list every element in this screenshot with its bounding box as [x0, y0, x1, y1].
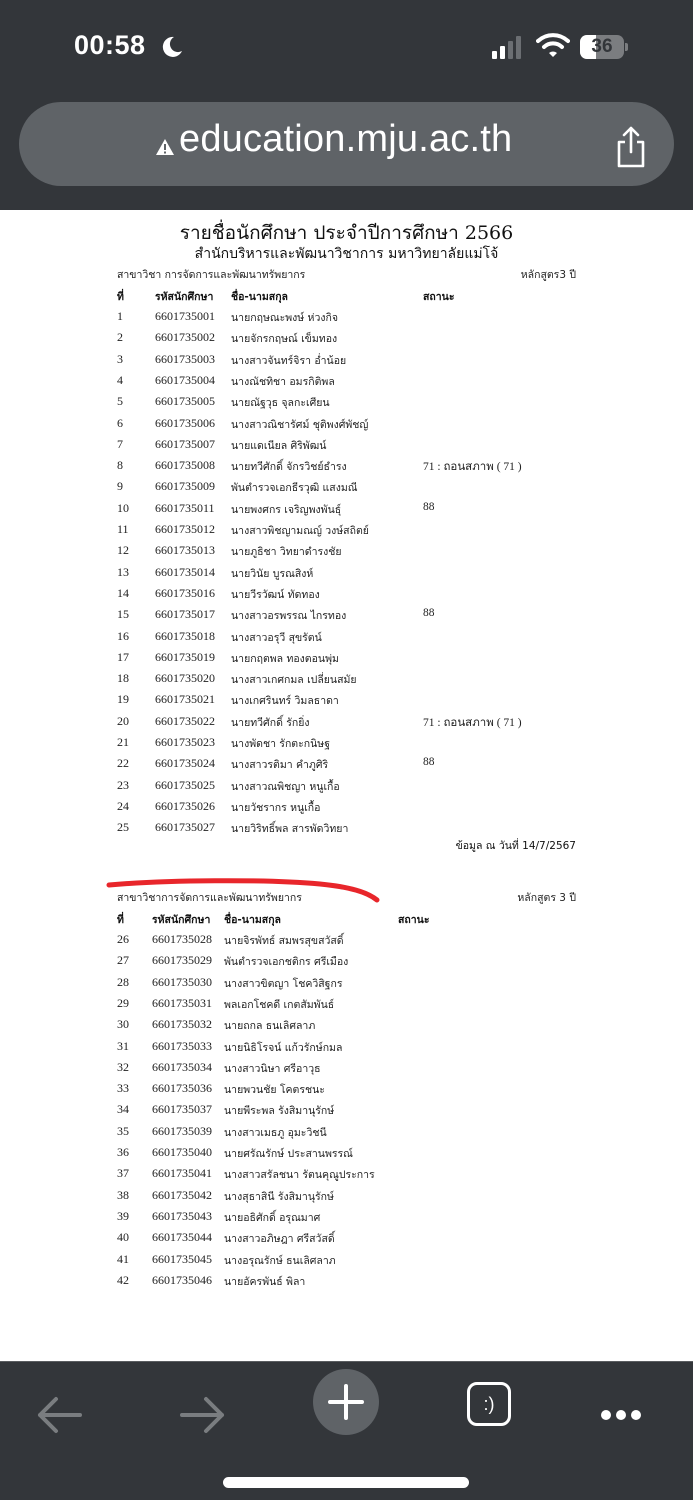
row-number: 26 [117, 932, 129, 947]
student-name: นายศรัณรักษ์ ประสานพรรณ์ [224, 1145, 353, 1162]
student-name: นายนิธิโรจน์ แก้วรักษ์กมล [224, 1039, 342, 1056]
student-id: 6601735021 [155, 692, 215, 707]
student-name: นางเกศรินทร์ วิมลธาดา [231, 692, 339, 709]
table-row: 146601735016นายวีรวัฒน์ ทัดทอง [0, 586, 693, 607]
student-name: นายพวนชัย โคตรชนะ [224, 1081, 325, 1098]
student-name: นายจิรพัทธ์ สมพรสุขสวัสดิ์ [224, 932, 344, 949]
ellipsis-icon[interactable] [588, 1382, 654, 1448]
row-number: 29 [117, 996, 129, 1011]
table-row: 86601735008นายทวีศักดิ์ จักรวิชย์ธำรง71 … [0, 458, 693, 479]
student-id: 6601735002 [155, 330, 215, 345]
row-number: 42 [117, 1273, 129, 1288]
row-number: 37 [117, 1166, 129, 1181]
row-number: 13 [117, 565, 129, 580]
table-row: 396601735043นายอธิศักดิ์ อรุณมาศ [0, 1209, 693, 1230]
student-name: นางอรุณรักษ์ ธนเลิศลาภ [224, 1252, 336, 1269]
table-row: 386601735042นางสุธาสินี รังสิมานุรักษ์ [0, 1188, 693, 1209]
data-as-of-date: ข้อมูล ณ วันที่ 14/7/2567 [456, 837, 576, 854]
student-id: 6601735036 [152, 1081, 212, 1096]
student-name: นางณัชทิชา อมรกิติพล [231, 373, 335, 390]
table-row: 246601735026นายวัชรากร หนูเกื้อ [0, 799, 693, 820]
row-number: 34 [117, 1102, 129, 1117]
student-name: นายทวีศักดิ์ รักยิ่ง [231, 714, 310, 731]
student-name: นายกฤษณะพงษ์ ห่วงกิจ [231, 309, 338, 326]
row-number: 15 [117, 607, 129, 622]
row-number: 36 [117, 1145, 129, 1160]
student-name: นายจักรกฤษณ์ เข็มทอง [231, 330, 337, 347]
row-number: 16 [117, 629, 129, 644]
student-name: นางพัดชา รักตะกนิษฐ [231, 735, 330, 752]
table-row: 406601735044นางสาวอภิษฎา ศรีสวัสดิ์ [0, 1230, 693, 1251]
table-row: 266601735028นายจิรพัทธ์ สมพรสุขสวัสดิ์ [0, 932, 693, 953]
row-number: 30 [117, 1017, 129, 1032]
battery-indicator: 36 [580, 35, 628, 59]
table-row: 16601735001นายกฤษณะพงษ์ ห่วงกิจ [0, 309, 693, 330]
student-id: 6601735037 [152, 1102, 212, 1117]
table-row: 236601735025นางสาวณพิชญา หนูเกื้อ [0, 778, 693, 799]
student-id: 6601735017 [155, 607, 215, 622]
program-label-2: สาขาวิชาการจัดการและพัฒนาทรัพยากร [117, 889, 302, 906]
url-text[interactable]: education.mju.ac.th [179, 118, 512, 161]
student-name: นายวีรวัฒน์ ทัดทอง [231, 586, 320, 603]
row-number: 38 [117, 1188, 129, 1203]
student-name: นางสาวเมธภู อุมะวิชนี [224, 1124, 327, 1141]
table-row: 196601735021นางเกศรินทร์ วิมลธาดา [0, 692, 693, 713]
student-id: 6601735006 [155, 416, 215, 431]
student-id: 6601735016 [155, 586, 215, 601]
student-id: 6601735018 [155, 629, 215, 644]
student-id: 6601735044 [152, 1230, 212, 1245]
row-number: 2 [117, 330, 123, 345]
table-row: 376601735041นางสาวสรัลชนา รัตนคุณูประการ [0, 1166, 693, 1187]
browser-bottom-toolbar: :) [0, 1361, 693, 1500]
row-number: 28 [117, 975, 129, 990]
wifi-icon [536, 32, 570, 58]
row-number: 7 [117, 437, 123, 452]
student-id: 6601735027 [155, 820, 215, 835]
student-id: 6601735033 [152, 1039, 212, 1054]
student-name: นายกฤตพล ทองตอนพุ่ม [231, 650, 339, 667]
table-row: 96601735009พันตำรวจเอกธีรวุฒิ แสงมณี [0, 479, 693, 500]
student-id: 6601735039 [152, 1124, 212, 1139]
row-number: 20 [117, 714, 129, 729]
document-subtitle: สำนักบริหารและพัฒนาวิชาการ มหาวิทยาลัยแม… [0, 243, 693, 265]
student-status: 71 : ถอนสภาพ ( 71 ) [423, 714, 522, 732]
student-name: นายภูธิชา วิทยาดำรงชัย [231, 543, 342, 560]
table-row: 46601735004นางณัชทิชา อมรกิติพล [0, 373, 693, 394]
student-id: 6601735024 [155, 756, 215, 771]
table-row: 56601735005นายณัฐวุธ จุลกะเศียน [0, 394, 693, 415]
student-name: นางสาวพิชญามณญ์ วงษ์สถิตย์ [231, 522, 369, 539]
warning-triangle-icon [155, 138, 175, 156]
student-name: นายพีระพล รังสิมานุรักษ์ [224, 1102, 334, 1119]
student-name: นางสุธาสินี รังสิมานุรักษ์ [224, 1188, 334, 1205]
table-row: 296601735031พลเอกโชคดี เกตสัมพันธ์ [0, 996, 693, 1017]
row-number: 21 [117, 735, 129, 750]
student-id: 6601735030 [152, 975, 212, 990]
cellular-signal-icon [491, 36, 523, 60]
student-name: นายทวีศักดิ์ จักรวิชย์ธำรง [231, 458, 347, 475]
row-number: 33 [117, 1081, 129, 1096]
row-number: 14 [117, 586, 129, 601]
student-id: 6601735008 [155, 458, 215, 473]
table-row: 326601735034นางสาวนิษา ศรีอาวุธ [0, 1060, 693, 1081]
address-bar[interactable]: education.mju.ac.th [19, 102, 674, 186]
row-number: 40 [117, 1230, 129, 1245]
student-id: 6601735005 [155, 394, 215, 409]
row-number: 35 [117, 1124, 129, 1139]
table-row: 106601735011นายพงศกร เจริญพงพันธุ์88 [0, 501, 693, 522]
student-name: นางสาวณิชารัศม์ ชุติพงศ์พัชญ์ [231, 416, 368, 433]
status-time: 00:58 [74, 30, 146, 61]
student-status: 88 [423, 756, 435, 768]
arrow-right-icon[interactable] [170, 1382, 236, 1448]
table-row: 336601735036นายพวนชัย โคตรชนะ [0, 1081, 693, 1102]
row-number: 3 [117, 352, 123, 367]
student-id: 6601735040 [152, 1145, 212, 1160]
column-header-status-2: สถานะ [398, 911, 429, 928]
student-name: นายณัฐวุธ จุลกะเศียน [231, 394, 330, 411]
student-id: 6601735003 [155, 352, 215, 367]
table-row: 76601735007นายแดเนียล ศิริพัฒน์ [0, 437, 693, 458]
table-row: 26601735002นายจักรกฤษณ์ เข็มทอง [0, 330, 693, 351]
student-status: 88 [423, 607, 435, 619]
student-name: นางสาวอภิษฎา ศรีสวัสดิ์ [224, 1230, 335, 1247]
student-name: นายพงศกร เจริญพงพันธุ์ [231, 501, 341, 518]
student-name: นายถกล ธนเลิศลาภ [224, 1017, 315, 1034]
student-id: 6601735029 [152, 953, 212, 968]
column-header-name: ชื่อ-นามสกุล [231, 288, 288, 305]
table-row: 306601735032นายถกล ธนเลิศลาภ [0, 1017, 693, 1038]
course-label: หลักสูตร3 ปี [521, 266, 576, 283]
student-status: 88 [423, 501, 435, 513]
student-name: พันตำรวจเอกชติกร ศรีเมือง [224, 953, 348, 970]
student-name: นายวินัย บูรณสิงห์ [231, 565, 313, 582]
student-id: 6601735001 [155, 309, 215, 324]
student-name: พันตำรวจเอกธีรวุฒิ แสงมณี [231, 479, 358, 496]
student-id: 6601735020 [155, 671, 215, 686]
column-header-name-2: ชื่อ-นามสกุล [224, 911, 281, 928]
student-id: 6601735042 [152, 1188, 212, 1203]
table-row: 36601735003นางสาวจันทร์จิรา อ่ำน้อย [0, 352, 693, 373]
table-row: 346601735037นายพีระพล รังสิมานุรักษ์ [0, 1102, 693, 1123]
table-row: 66601735006นางสาวณิชารัศม์ ชุติพงศ์พัชญ์ [0, 416, 693, 437]
table-row: 416601735045นางอรุณรักษ์ ธนเลิศลาภ [0, 1252, 693, 1273]
student-id: 6601735031 [152, 996, 212, 1011]
row-number: 41 [117, 1252, 129, 1267]
student-name: นางสาวณพิชญา หนูเกื้อ [231, 778, 340, 795]
row-number: 9 [117, 479, 123, 494]
row-number: 1 [117, 309, 123, 324]
student-name: นางสาวรติมา คำภูศิริ [231, 756, 328, 773]
row-number: 19 [117, 692, 129, 707]
table-row: 276601735029พันตำรวจเอกชติกร ศรีเมือง [0, 953, 693, 974]
column-header-student-id-2: รหัสนักศึกษา [152, 911, 210, 928]
table-row: 356601735039นางสาวเมธภู อุมะวิชนี [0, 1124, 693, 1145]
tabs-count-label: :) [467, 1382, 511, 1426]
student-id: 6601735012 [155, 522, 215, 537]
student-id: 6601735045 [152, 1252, 212, 1267]
table-row: 186601735020นางสาวเกศกมล เปลี่ยนสมัย [0, 671, 693, 692]
student-id: 6601735046 [152, 1273, 212, 1288]
table-row: 206601735022นายทวีศักดิ์ รักยิ่ง71 : ถอน… [0, 714, 693, 735]
student-name: นายอธิศักดิ์ อรุณมาศ [224, 1209, 320, 1226]
student-id: 6601735019 [155, 650, 215, 665]
tabs-button[interactable]: :) [467, 1382, 511, 1426]
student-name: นางสาวจันทร์จิรา อ่ำน้อย [231, 352, 346, 369]
student-id: 6601735028 [152, 932, 212, 947]
student-id: 6601735004 [155, 373, 215, 388]
row-number: 32 [117, 1060, 129, 1075]
column-header-student-id: รหัสนักศึกษา [155, 288, 213, 305]
student-id: 6601735014 [155, 565, 215, 580]
student-status: 71 : ถอนสภาพ ( 71 ) [423, 458, 522, 476]
table-row: 136601735014นายวินัย บูรณสิงห์ [0, 565, 693, 586]
share-icon[interactable] [613, 126, 649, 168]
table-row: 256601735027นายวิริทธิ์พล สารพัดวิทยา [0, 820, 693, 841]
student-name: นางสาวอรพรรณ ไกรทอง [231, 607, 346, 624]
row-number: 39 [117, 1209, 129, 1224]
table-row: 426601735046นายอัครพันธ์ พิลา [0, 1273, 693, 1294]
table-row: 216601735023นางพัดชา รักตะกนิษฐ [0, 735, 693, 756]
row-number: 10 [117, 501, 129, 516]
row-number: 31 [117, 1039, 129, 1054]
row-number: 11 [117, 522, 129, 537]
student-id: 6601735034 [152, 1060, 212, 1075]
table-row: 156601735017นางสาวอรพรรณ ไกรทอง88 [0, 607, 693, 628]
student-name: นายวิริทธิ์พล สารพัดวิทยา [231, 820, 348, 837]
student-id: 6601735007 [155, 437, 215, 452]
student-name: นายวัชรากร หนูเกื้อ [231, 799, 320, 816]
table-row: 176601735019นายกฤตพล ทองตอนพุ่ม [0, 650, 693, 671]
table-row: 366601735040นายศรัณรักษ์ ประสานพรรณ์ [0, 1145, 693, 1166]
column-header-status: สถานะ [423, 288, 454, 305]
table-row: 166601735018นางสาวอรุวี สุขรัตน์ [0, 629, 693, 650]
table-row: 226601735024นางสาวรติมา คำภูศิริ88 [0, 756, 693, 777]
student-id: 6601735022 [155, 714, 215, 729]
student-name: นางสาวอรุวี สุขรัตน์ [231, 629, 322, 646]
row-number: 22 [117, 756, 129, 771]
plus-icon[interactable] [313, 1369, 379, 1435]
battery-percent: 36 [580, 35, 624, 59]
student-id: 6601735041 [152, 1166, 212, 1181]
student-id: 6601735013 [155, 543, 215, 558]
table-row: 286601735030นางสาวขิตญา โชควิสิฐกร [0, 975, 693, 996]
row-number: 25 [117, 820, 129, 835]
student-name: นางสาวนิษา ศรีอาวุธ [224, 1060, 321, 1077]
arrow-left-icon[interactable] [26, 1382, 92, 1448]
row-number: 18 [117, 671, 129, 686]
browser-top-chrome: 00:58 36 education.mju.ac.th [0, 0, 693, 210]
student-name: พลเอกโชคดี เกตสัมพันธ์ [224, 996, 334, 1013]
moon-icon [160, 35, 184, 59]
program-label: สาขาวิชา การจัดการและพัฒนาทรัพยากร [117, 266, 305, 283]
column-header-no: ที่ [117, 288, 124, 305]
row-number: 17 [117, 650, 129, 665]
course-label-2: หลักสูตร 3 ปี [517, 889, 576, 906]
row-number: 8 [117, 458, 123, 473]
student-id: 6601735011 [155, 501, 215, 516]
student-id: 6601735032 [152, 1017, 212, 1032]
student-id: 6601735026 [155, 799, 215, 814]
table-row: 126601735013นายภูธิชา วิทยาดำรงชัย [0, 543, 693, 564]
student-name: นางสาวเกศกมล เปลี่ยนสมัย [231, 671, 357, 688]
student-name: นายแดเนียล ศิริพัฒน์ [231, 437, 326, 454]
row-number: 27 [117, 953, 129, 968]
home-indicator[interactable] [223, 1477, 469, 1488]
row-number: 24 [117, 799, 129, 814]
document-page: รายชื่อนักศึกษา ประจำปีการศึกษา 2566 สำน… [0, 210, 693, 1360]
student-id: 6601735043 [152, 1209, 212, 1224]
row-number: 5 [117, 394, 123, 409]
table-row: 116601735012นางสาวพิชญามณญ์ วงษ์สถิตย์ [0, 522, 693, 543]
row-number: 4 [117, 373, 123, 388]
row-number: 23 [117, 778, 129, 793]
table-row: 316601735033นายนิธิโรจน์ แก้วรักษ์กมล [0, 1039, 693, 1060]
column-header-no-2: ที่ [117, 911, 124, 928]
student-name: นางสาวขิตญา โชควิสิฐกร [224, 975, 342, 992]
student-name: นางสาวสรัลชนา รัตนคุณูประการ [224, 1166, 375, 1183]
student-id: 6601735009 [155, 479, 215, 494]
student-id: 6601735025 [155, 778, 215, 793]
row-number: 6 [117, 416, 123, 431]
row-number: 12 [117, 543, 129, 558]
student-name: นายอัครพันธ์ พิลา [224, 1273, 305, 1290]
student-id: 6601735023 [155, 735, 215, 750]
